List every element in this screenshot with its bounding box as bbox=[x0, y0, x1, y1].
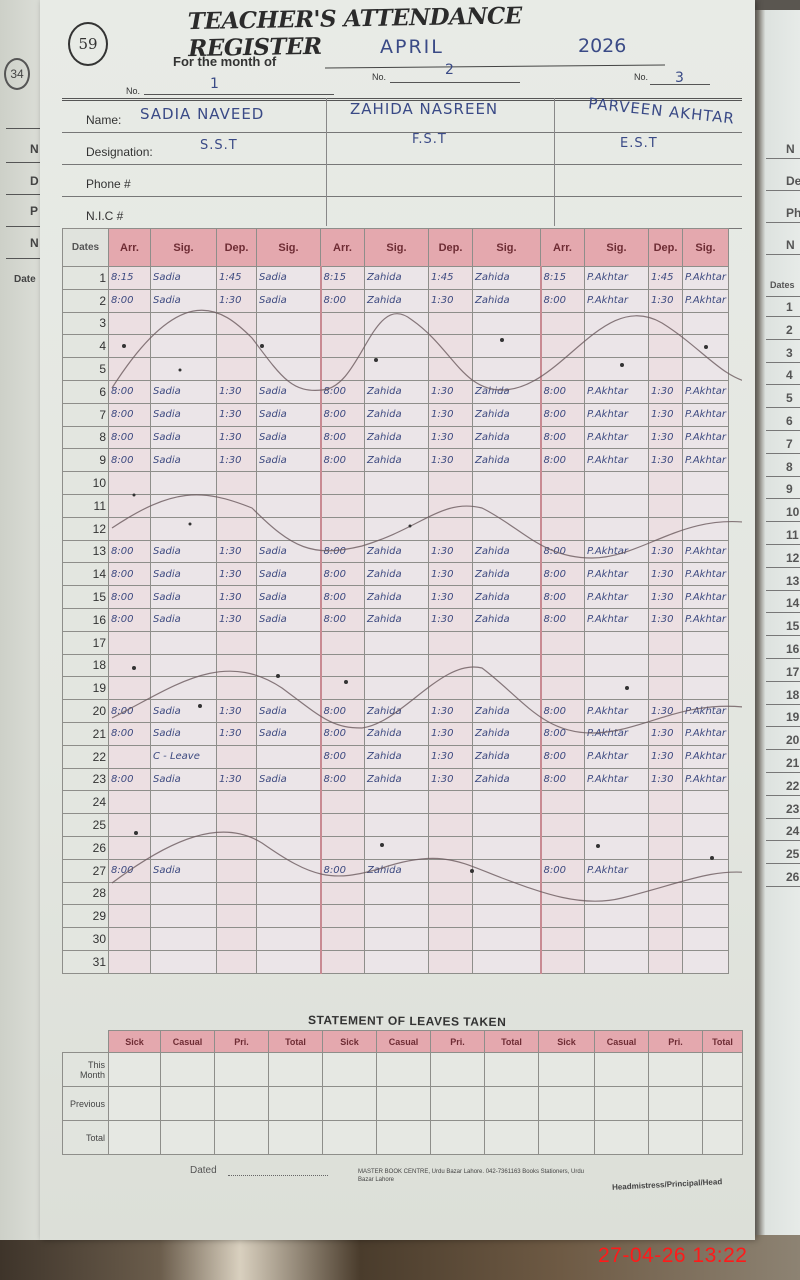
handwritten-entry: 8:00 bbox=[544, 706, 566, 717]
teacher-1-departure-signature-cell: Sadia bbox=[257, 586, 321, 609]
teacher-2-departure-signature-cell bbox=[473, 631, 541, 654]
teacher-3-departure-signature-cell bbox=[683, 358, 729, 381]
attendance-row: 168:00Sadia1:30Sadia8:00Zahida1:30Zahida… bbox=[63, 608, 729, 631]
handwritten-entry: 8:00 bbox=[324, 728, 346, 739]
leave-cell bbox=[703, 1087, 743, 1121]
teacher-3-departure-cell bbox=[649, 928, 683, 951]
right-page-label: 11 bbox=[786, 528, 799, 542]
teacher-1-arrival-signature-cell bbox=[151, 312, 217, 335]
date-cell: 12 bbox=[63, 517, 109, 540]
handwritten-entry: P.Akhtar bbox=[587, 272, 628, 283]
divider bbox=[766, 498, 800, 499]
teacher-2-arrival-signature-cell bbox=[365, 472, 429, 495]
handwritten-entry: 8:00 bbox=[111, 592, 133, 603]
teacher-1-departure-cell bbox=[217, 517, 257, 540]
teacher-3-departure-cell: 1:45 bbox=[649, 267, 683, 290]
handwritten-entry: Sadia bbox=[259, 728, 287, 739]
teacher-3-departure-signature-cell: P.Akhtar bbox=[683, 563, 729, 586]
teacher-3-departure-cell bbox=[649, 517, 683, 540]
right-page-label: Ph bbox=[786, 206, 800, 220]
attendance-row: 278:00Sadia8:00Zahida8:00P.Akhtar bbox=[63, 859, 729, 882]
teacher-2-departure-cell bbox=[429, 312, 473, 335]
teacher-1-arrival-cell: 8:00 bbox=[109, 403, 151, 426]
divider bbox=[766, 296, 800, 297]
column-divider bbox=[554, 98, 555, 226]
teacher-1-departure-signature-cell: Sadia bbox=[257, 380, 321, 403]
handwritten-entry: P.Akhtar bbox=[685, 614, 726, 625]
handwritten-entry: 8:00 bbox=[324, 295, 346, 306]
handwritten-entry: Zahida bbox=[367, 751, 402, 762]
handwritten-entry: 1:30 bbox=[651, 569, 673, 580]
teacher-1-departure-cell: 1:30 bbox=[217, 722, 257, 745]
teacher-2-departure-signature-cell: Zahida bbox=[473, 745, 541, 768]
date-cell: 13 bbox=[63, 540, 109, 563]
teacher-3-arrival-cell bbox=[541, 677, 585, 700]
teacher-3-arrival-signature-cell: P.Akhtar bbox=[585, 267, 649, 290]
handwritten-entry: P.Akhtar bbox=[587, 432, 628, 443]
teacher-3-departure-cell: 1:30 bbox=[649, 540, 683, 563]
teacher-2-arrival-signature-cell bbox=[365, 631, 429, 654]
column-header-departure: Dep. bbox=[649, 229, 683, 267]
teacher-3-arrival-signature-cell bbox=[585, 312, 649, 335]
teacher-3-arrival-cell bbox=[541, 335, 585, 358]
teacher-3-arrival-cell bbox=[541, 312, 585, 335]
teacher-2-departure-signature-cell bbox=[473, 882, 541, 905]
handwritten-entry: 1:30 bbox=[431, 295, 453, 306]
teacher-3-departure-cell: 1:30 bbox=[649, 289, 683, 312]
leave-cell bbox=[431, 1121, 485, 1155]
attendance-row: 12 bbox=[63, 517, 729, 540]
teacher-2-arrival-signature-cell bbox=[365, 905, 429, 928]
teacher-2-departure-signature-cell bbox=[473, 654, 541, 677]
teacher-3-departure-signature-cell bbox=[683, 677, 729, 700]
handwritten-entry: 8:15 bbox=[324, 272, 346, 283]
teacher-1-departure-signature-cell bbox=[257, 950, 321, 973]
handwritten-entry: Zahida bbox=[475, 455, 510, 466]
handwritten-entry: 1:30 bbox=[431, 455, 453, 466]
handwritten-entry: 8:00 bbox=[324, 409, 346, 420]
right-page-label: N bbox=[786, 238, 795, 252]
leave-cell bbox=[215, 1053, 269, 1087]
teacher-1-arrival-signature-cell: Sadia bbox=[151, 426, 217, 449]
no-label-1: No. bbox=[126, 86, 140, 96]
handwritten-entry: 8:00 bbox=[544, 592, 566, 603]
teacher-2-arrival-signature-cell: Zahida bbox=[365, 267, 429, 290]
leave-row: Total bbox=[63, 1121, 743, 1155]
leave-cell bbox=[109, 1053, 161, 1087]
teacher-1-departure-cell: 1:30 bbox=[217, 700, 257, 723]
teacher-3-departure-cell: 1:30 bbox=[649, 449, 683, 472]
divider bbox=[766, 840, 800, 841]
teacher-2-arrival-cell: 8:00 bbox=[321, 608, 365, 631]
divider bbox=[766, 254, 800, 255]
teacher-2-departure-cell: 1:30 bbox=[429, 403, 473, 426]
right-page-label: 20 bbox=[786, 733, 799, 747]
teacher-3-arrival-cell: 8:00 bbox=[541, 745, 585, 768]
teacher-3-arrival-cell bbox=[541, 358, 585, 381]
teacher-3-arrival-cell: 8:00 bbox=[541, 768, 585, 791]
handwritten-entry: P.Akhtar bbox=[685, 432, 726, 443]
teacher-2-departure-cell bbox=[429, 905, 473, 928]
teacher-3-arrival-signature-cell: P.Akhtar bbox=[585, 449, 649, 472]
teacher-3-departure-signature-cell bbox=[683, 882, 729, 905]
teacher-3-departure-cell bbox=[649, 905, 683, 928]
attendance-row: 148:00Sadia1:30Sadia8:00Zahida1:30Zahida… bbox=[63, 563, 729, 586]
date-cell: 30 bbox=[63, 928, 109, 951]
teacher-3-departure-cell: 1:30 bbox=[649, 608, 683, 631]
teacher-3-departure-cell bbox=[649, 312, 683, 335]
left-label: N bbox=[30, 236, 39, 250]
teacher-3-arrival-cell bbox=[541, 654, 585, 677]
leave-cell bbox=[485, 1053, 539, 1087]
attendance-row: 28 bbox=[63, 882, 729, 905]
handwritten-entry: 1:30 bbox=[219, 432, 241, 443]
handwritten-entry: Sadia bbox=[153, 272, 181, 283]
divider bbox=[766, 612, 800, 613]
right-page-label: 3 bbox=[786, 346, 793, 360]
teacher-3-arrival-signature-cell bbox=[585, 791, 649, 814]
teacher-3-arrival-cell bbox=[541, 882, 585, 905]
date-cell: 7 bbox=[63, 403, 109, 426]
teacher-2-arrival-signature-cell: Zahida bbox=[365, 380, 429, 403]
teacher-2-departure-cell: 1:30 bbox=[429, 563, 473, 586]
right-page-label: De bbox=[786, 174, 800, 188]
teacher-3-arrival-cell bbox=[541, 928, 585, 951]
handwritten-entry: 1:30 bbox=[219, 592, 241, 603]
handwritten-entry: Zahida bbox=[475, 569, 510, 580]
teacher-1-arrival-signature-cell bbox=[151, 631, 217, 654]
handwritten-entry: 8:00 bbox=[544, 774, 566, 785]
teacher-1-departure-signature-cell bbox=[257, 836, 321, 859]
divider bbox=[6, 128, 40, 129]
teacher-2-departure-signature-cell: Zahida bbox=[473, 722, 541, 745]
attendance-row: 5 bbox=[63, 358, 729, 381]
teacher-2-arrival-cell: 8:00 bbox=[321, 380, 365, 403]
teacher-1-arrival-signature-cell bbox=[151, 950, 217, 973]
teacher-1-arrival-cell: 8:00 bbox=[109, 426, 151, 449]
right-page-edge: NDePhNDates12345678910111213141516171819… bbox=[752, 10, 800, 1235]
teacher-1-departure-signature-cell bbox=[257, 814, 321, 837]
teacher-2-arrival-cell: 8:00 bbox=[321, 540, 365, 563]
teacher-3-departure-cell: 1:30 bbox=[649, 426, 683, 449]
teacher-1-arrival-signature-cell: Sadia bbox=[151, 380, 217, 403]
divider bbox=[766, 749, 800, 750]
teacher-2-departure-cell: 1:30 bbox=[429, 380, 473, 403]
handwritten-entry: 1:30 bbox=[219, 295, 241, 306]
handwritten-entry: 8:00 bbox=[111, 295, 133, 306]
teacher-3-arrival-cell: 8:00 bbox=[541, 403, 585, 426]
divider bbox=[766, 681, 800, 682]
teacher-1-arrival-cell: 8:00 bbox=[109, 700, 151, 723]
teacher-3-arrival-signature-cell bbox=[585, 836, 649, 859]
teacher-3-arrival-signature-cell bbox=[585, 335, 649, 358]
teacher-1-arrival-cell bbox=[109, 654, 151, 677]
teacher-2-arrival-signature-cell: Zahida bbox=[365, 289, 429, 312]
left-label: Date bbox=[14, 274, 36, 285]
teacher-1-departure-cell bbox=[217, 677, 257, 700]
right-page-label: 25 bbox=[786, 847, 799, 861]
column-header-arrival-signature: Sig. bbox=[151, 229, 217, 267]
right-page-label: 18 bbox=[786, 688, 799, 702]
teacher-1-arrival-cell bbox=[109, 950, 151, 973]
month-label: For the month of bbox=[173, 54, 276, 69]
teacher-1-arrival-signature-cell bbox=[151, 335, 217, 358]
date-cell: 10 bbox=[63, 472, 109, 495]
teacher-2-departure-cell bbox=[429, 517, 473, 540]
teacher-2-arrival-cell bbox=[321, 517, 365, 540]
leave-column-sick: Sick bbox=[323, 1031, 377, 1053]
teacher-2-arrival-cell: 8:00 bbox=[321, 586, 365, 609]
teacher-2-departure-signature-cell: Zahida bbox=[473, 586, 541, 609]
handwritten-entry: 1:45 bbox=[219, 272, 241, 283]
teacher-2-departure-signature-cell bbox=[473, 791, 541, 814]
handwritten-entry: 8:00 bbox=[111, 774, 133, 785]
teacher-3-arrival-signature-cell bbox=[585, 677, 649, 700]
teacher-1-arrival-cell: 8:00 bbox=[109, 722, 151, 745]
leave-cell bbox=[595, 1053, 649, 1087]
teacher-3-arrival-cell bbox=[541, 472, 585, 495]
teacher-3-departure-cell: 1:30 bbox=[649, 700, 683, 723]
date-cell: 24 bbox=[63, 791, 109, 814]
teacher-3-departure-signature-cell bbox=[683, 928, 729, 951]
teacher-3-arrival-cell bbox=[541, 836, 585, 859]
no-line-2 bbox=[390, 82, 520, 83]
teacher-1-departure-cell: 1:45 bbox=[217, 267, 257, 290]
teacher-1-arrival-signature-cell: Sadia bbox=[151, 722, 217, 745]
teacher-2-arrival-cell bbox=[321, 882, 365, 905]
teacher-1-arrival-cell bbox=[109, 745, 151, 768]
teacher-1-arrival-cell: 8:00 bbox=[109, 608, 151, 631]
handwritten-entry: P.Akhtar bbox=[685, 728, 726, 739]
teacher-2-departure-signature-cell: Zahida bbox=[473, 380, 541, 403]
handwritten-entry: P.Akhtar bbox=[685, 592, 726, 603]
handwritten-entry: 8:00 bbox=[544, 614, 566, 625]
leave-cell bbox=[215, 1121, 269, 1155]
teacher-1-departure-signature-cell bbox=[257, 335, 321, 358]
attendance-row: 28:00Sadia1:30Sadia8:00Zahida1:30Zahida8… bbox=[63, 289, 729, 312]
teacher-1-arrival-cell: 8:00 bbox=[109, 380, 151, 403]
teacher-3-departure-cell bbox=[649, 950, 683, 973]
teacher-2-arrival-cell: 8:00 bbox=[321, 426, 365, 449]
teacher-2-departure-signature-cell bbox=[473, 677, 541, 700]
handwritten-entry: Sadia bbox=[153, 432, 181, 443]
teacher-3-arrival-signature-cell: P.Akhtar bbox=[585, 768, 649, 791]
divider bbox=[766, 818, 800, 819]
leaves-table: SickCasualPri.TotalSickCasualPri.TotalSi… bbox=[62, 1030, 743, 1155]
teacher-3-departure-signature-cell bbox=[683, 905, 729, 928]
teacher-2-arrival-signature-cell: Zahida bbox=[365, 586, 429, 609]
leave-cell bbox=[215, 1087, 269, 1121]
teacher-2-departure-signature-cell bbox=[473, 928, 541, 951]
teacher-2-arrival-signature-cell bbox=[365, 950, 429, 973]
teacher-1-departure-cell bbox=[217, 905, 257, 928]
leave-cell bbox=[269, 1053, 323, 1087]
divider bbox=[766, 658, 800, 659]
teacher-3-arrival-signature-cell bbox=[585, 928, 649, 951]
attendance-row: 29 bbox=[63, 905, 729, 928]
date-cell: 31 bbox=[63, 950, 109, 973]
handwritten-entry: Zahida bbox=[367, 455, 402, 466]
teacher-3-arrival-cell bbox=[541, 494, 585, 517]
teacher-1-arrival-cell: 8:00 bbox=[109, 563, 151, 586]
handwritten-entry: Sadia bbox=[259, 386, 287, 397]
date-cell: 18 bbox=[63, 654, 109, 677]
teacher-1-arrival-signature-cell: Sadia bbox=[151, 700, 217, 723]
teacher-2-arrival-signature-cell bbox=[365, 814, 429, 837]
teacher-2-arrival-signature-cell: Zahida bbox=[365, 745, 429, 768]
teacher-2-arrival-signature-cell bbox=[365, 517, 429, 540]
date-cell: 26 bbox=[63, 836, 109, 859]
attendance-row: 24 bbox=[63, 791, 729, 814]
attendance-table: DatesArr.Sig.Dep.Sig.Arr.Sig.Dep.Sig.Arr… bbox=[62, 228, 729, 974]
handwritten-entry: 1:30 bbox=[431, 409, 453, 420]
teacher-3-departure-signature-cell: P.Akhtar bbox=[683, 380, 729, 403]
teacher-1-departure-signature-cell bbox=[257, 312, 321, 335]
teacher-3-departure-cell bbox=[649, 335, 683, 358]
handwritten-entry: 1:30 bbox=[219, 728, 241, 739]
divider bbox=[766, 635, 800, 636]
date-cell: 16 bbox=[63, 608, 109, 631]
handwritten-entry: 1:45 bbox=[651, 272, 673, 283]
date-cell: 1 bbox=[63, 267, 109, 290]
teacher-1-departure-signature-cell: Sadia bbox=[257, 426, 321, 449]
teacher-2-arrival-cell: 8:00 bbox=[321, 859, 365, 882]
column-header-departure-signature: Sig. bbox=[473, 229, 541, 267]
handwritten-entry: 1:30 bbox=[431, 432, 453, 443]
divider bbox=[766, 544, 800, 545]
teacher-1-departure-signature-cell bbox=[257, 517, 321, 540]
handwritten-entry: Zahida bbox=[367, 706, 402, 717]
handwritten-entry: Zahida bbox=[475, 409, 510, 420]
teacher-2-arrival-signature-cell: Zahida bbox=[365, 859, 429, 882]
teacher-1-arrival-signature-cell: Sadia bbox=[151, 267, 217, 290]
left-label: D bbox=[30, 174, 39, 188]
teacher-3-departure-signature-cell: P.Akhtar bbox=[683, 722, 729, 745]
right-page-label: N bbox=[786, 142, 795, 156]
handwritten-entry: Zahida bbox=[475, 751, 510, 762]
right-page-label: 6 bbox=[786, 414, 793, 428]
attendance-row: 10 bbox=[63, 472, 729, 495]
handwritten-entry: P.Akhtar bbox=[587, 774, 628, 785]
teacher-2-arrival-cell bbox=[321, 631, 365, 654]
leave-cell bbox=[539, 1087, 595, 1121]
leave-cell bbox=[539, 1053, 595, 1087]
teacher-2-departure-signature-cell: Zahida bbox=[473, 289, 541, 312]
teacher-3-departure-cell bbox=[649, 859, 683, 882]
divider bbox=[766, 886, 800, 887]
right-page-label: 21 bbox=[786, 756, 799, 770]
teacher-3-arrival-cell: 8:00 bbox=[541, 540, 585, 563]
handwritten-entry: 8:00 bbox=[544, 409, 566, 420]
column-header-arrival: Arr. bbox=[541, 229, 585, 267]
handwritten-entry: 1:30 bbox=[431, 706, 453, 717]
camera-timestamp: 27-04-26 13:22 bbox=[598, 1244, 747, 1268]
teacher-1-arrival-signature-cell bbox=[151, 677, 217, 700]
teacher-3-departure-cell bbox=[649, 677, 683, 700]
date-cell: 4 bbox=[63, 335, 109, 358]
teacher-1-arrival-cell bbox=[109, 928, 151, 951]
right-page-label: 9 bbox=[786, 482, 793, 496]
teacher-1-departure-cell bbox=[217, 631, 257, 654]
handwritten-entry: Sadia bbox=[153, 546, 181, 557]
handwritten-entry: 1:30 bbox=[431, 592, 453, 603]
handwritten-entry: 1:30 bbox=[219, 614, 241, 625]
teacher-2-departure-signature-cell bbox=[473, 950, 541, 973]
teacher-1-arrival-cell bbox=[109, 631, 151, 654]
teacher-2-arrival-cell: 8:00 bbox=[321, 700, 365, 723]
leave-column-pri: Pri. bbox=[215, 1031, 269, 1053]
handwritten-entry: Zahida bbox=[367, 295, 402, 306]
leave-cell bbox=[377, 1121, 431, 1155]
teacher-1-departure-signature-cell bbox=[257, 358, 321, 381]
date-cell: 14 bbox=[63, 563, 109, 586]
handwritten-entry: 8:00 bbox=[111, 546, 133, 557]
attendance-row: 78:00Sadia1:30Sadia8:00Zahida1:30Zahida8… bbox=[63, 403, 729, 426]
teacher-1-departure-cell: 1:30 bbox=[217, 768, 257, 791]
teacher-3-arrival-signature-cell: P.Akhtar bbox=[585, 540, 649, 563]
leave-row-label: This Month bbox=[63, 1053, 109, 1087]
column-header-arrival: Arr. bbox=[109, 229, 151, 267]
handwritten-entry: 8:00 bbox=[544, 751, 566, 762]
teacher-1-arrival-signature-cell: Sadia bbox=[151, 608, 217, 631]
leave-row-label: Total bbox=[63, 1121, 109, 1155]
teacher-3-departure-signature-cell: P.Akhtar bbox=[683, 449, 729, 472]
teacher-1-arrival-cell: 8:00 bbox=[109, 449, 151, 472]
teacher-1-arrival-signature-cell: Sadia bbox=[151, 449, 217, 472]
handwritten-entry: 8:00 bbox=[324, 569, 346, 580]
teacher-3-arrival-cell bbox=[541, 905, 585, 928]
teacher-3-arrival-signature-cell: P.Akhtar bbox=[585, 380, 649, 403]
teacher-3-departure-cell bbox=[649, 631, 683, 654]
no-label-2: No. bbox=[372, 72, 386, 82]
teacher-2-name: ZAHIDA NASREEN bbox=[350, 100, 498, 118]
handwritten-entry: 1:30 bbox=[219, 569, 241, 580]
handwritten-entry: P.Akhtar bbox=[587, 865, 628, 876]
attendance-row: 18:15Sadia1:45Sadia8:15Zahida1:45Zahida8… bbox=[63, 267, 729, 290]
right-page-label: 19 bbox=[786, 710, 799, 724]
teacher-3-arrival-cell: 8:15 bbox=[541, 267, 585, 290]
teacher-2-departure-cell: 1:30 bbox=[429, 586, 473, 609]
handwritten-entry: Sadia bbox=[259, 409, 287, 420]
teacher-2-arrival-signature-cell bbox=[365, 882, 429, 905]
teacher-2-departure-signature-cell: Zahida bbox=[473, 267, 541, 290]
teacher-1-arrival-signature-cell bbox=[151, 654, 217, 677]
teacher-1-arrival-cell bbox=[109, 905, 151, 928]
teacher-2-departure-cell bbox=[429, 358, 473, 381]
handwritten-entry: Sadia bbox=[153, 569, 181, 580]
teacher-3-no: 3 bbox=[675, 70, 684, 86]
attendance-row: 208:00Sadia1:30Sadia8:00Zahida1:30Zahida… bbox=[63, 700, 729, 723]
leave-column-casual: Casual bbox=[161, 1031, 215, 1053]
teacher-1-arrival-signature-cell bbox=[151, 905, 217, 928]
teacher-1-departure-cell: 1:30 bbox=[217, 540, 257, 563]
column-header-departure: Dep. bbox=[217, 229, 257, 267]
blank-header bbox=[63, 1031, 109, 1053]
date-cell: 27 bbox=[63, 859, 109, 882]
teacher-3-arrival-cell: 8:00 bbox=[541, 426, 585, 449]
handwritten-entry: Sadia bbox=[153, 774, 181, 785]
divider bbox=[766, 339, 800, 340]
handwritten-entry: 1:30 bbox=[219, 409, 241, 420]
handwritten-entry: Zahida bbox=[475, 592, 510, 603]
handwritten-entry: Zahida bbox=[475, 432, 510, 443]
right-page-label: 8 bbox=[786, 460, 793, 474]
handwritten-entry: 8:00 bbox=[324, 774, 346, 785]
leave-cell bbox=[649, 1053, 703, 1087]
leave-cell bbox=[109, 1121, 161, 1155]
left-page-number: 34 bbox=[4, 58, 30, 90]
date-cell: 20 bbox=[63, 700, 109, 723]
